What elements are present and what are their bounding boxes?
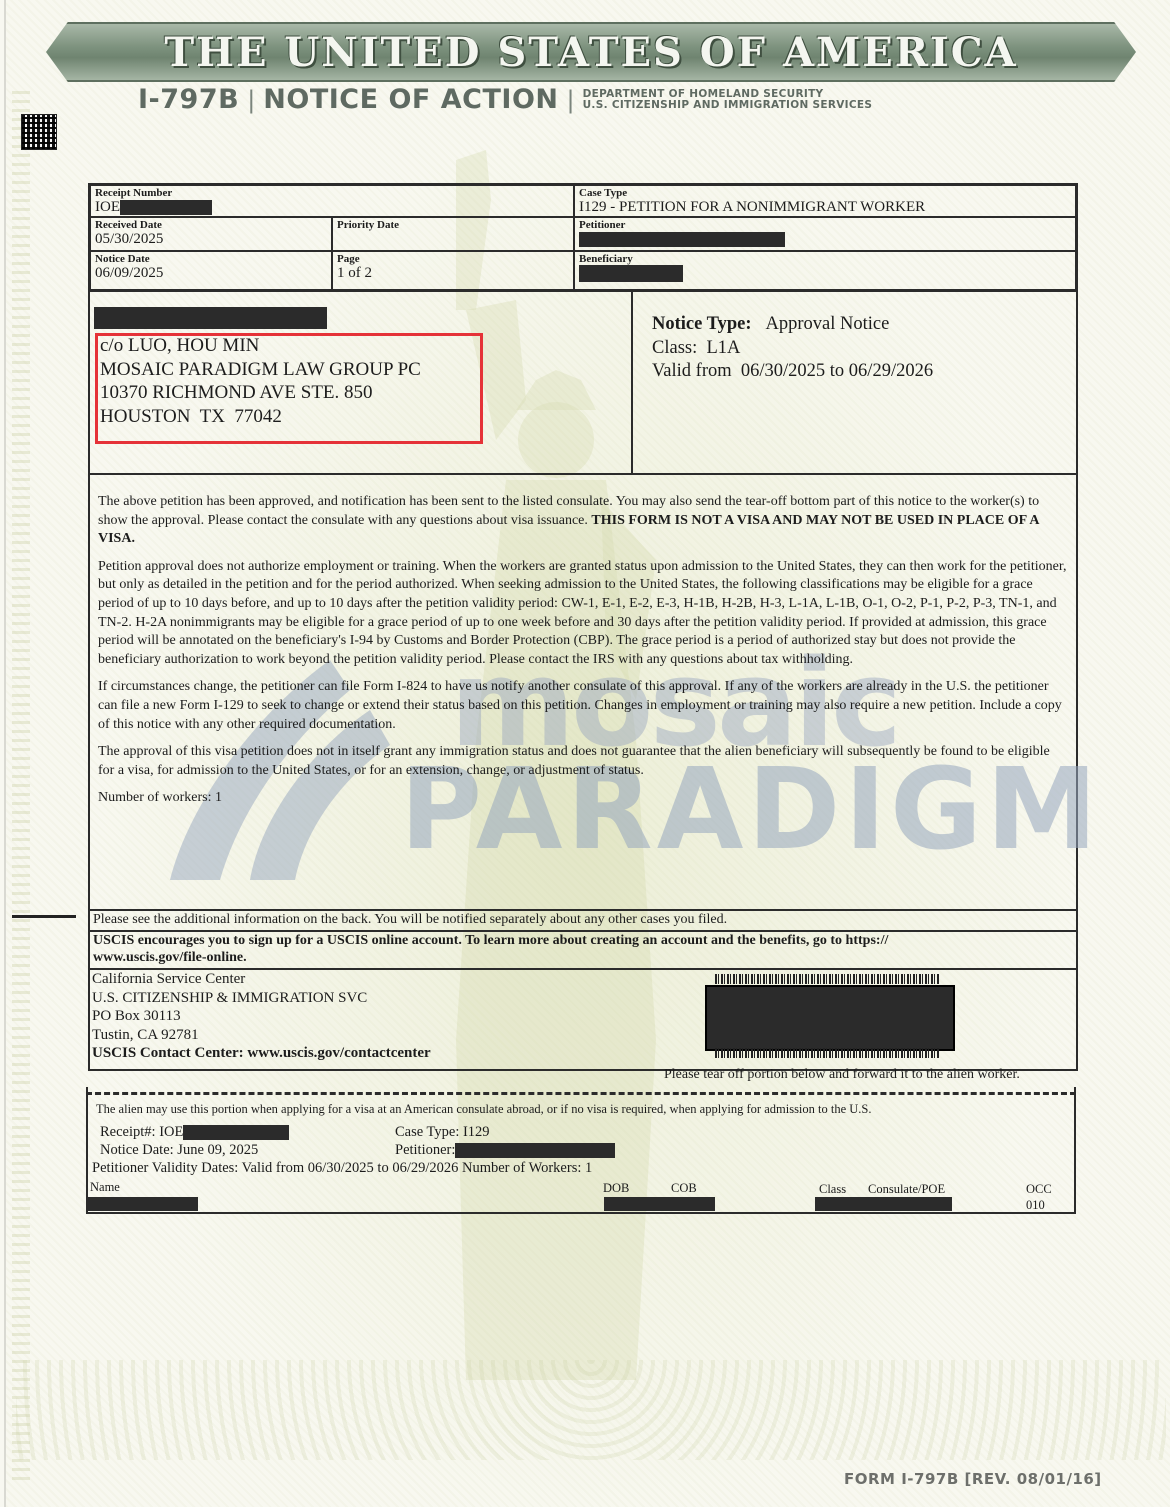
tear-notice-date: Notice Date: June 09, 2025 xyxy=(100,1142,258,1159)
notice-date-cell: Notice Date 06/09/2025 xyxy=(90,251,332,290)
notice-info: Notice Type:Approval Notice Class: L1A V… xyxy=(652,313,933,384)
redaction xyxy=(183,1125,289,1140)
notice-title: NOTICE OF ACTION xyxy=(263,84,558,115)
border-pattern xyxy=(12,90,30,1480)
redaction xyxy=(604,1197,715,1211)
page-cell: Page 1 of 2 xyxy=(332,251,574,290)
approval-paragraph: The above petition has been approved, an… xyxy=(98,493,1068,549)
received-date-cell: Received Date 05/30/2025 xyxy=(90,217,332,251)
redaction xyxy=(94,307,327,329)
barcode-icon xyxy=(715,1048,939,1058)
redaction xyxy=(87,1197,198,1211)
tear-off-note: Please tear off portion below and forwar… xyxy=(664,1067,1020,1083)
case-info-table: Receipt Number IOE Case Type I129 - PETI… xyxy=(88,183,1078,292)
redaction xyxy=(579,232,785,247)
redaction xyxy=(815,1197,952,1211)
bottom-border-pattern xyxy=(16,1360,1166,1460)
redaction xyxy=(579,265,683,282)
banner: THE UNITED STATES OF AMERICA xyxy=(46,22,1136,82)
occ-value: 010 xyxy=(1026,1197,1045,1214)
circumstances-paragraph: If circumstances change, the petitioner … xyxy=(98,678,1068,734)
tear-case-type: Case Type: I129 xyxy=(395,1124,490,1141)
banner-title: THE UNITED STATES OF AMERICA xyxy=(164,29,1017,76)
beneficiary-cell: Beneficiary xyxy=(574,251,1076,290)
status-paragraph: The approval of this visa petition does … xyxy=(98,743,1068,780)
datamatrix-code-icon xyxy=(21,114,57,150)
additional-info: Please see the additional information on… xyxy=(93,911,727,928)
class-line: Class: L1A xyxy=(652,337,933,361)
tear-off-intro: The alien may use this portion when appl… xyxy=(96,1101,872,1118)
contact-center-link[interactable]: USCIS Contact Center: www.uscis.gov/cont… xyxy=(92,1044,431,1063)
priority-date-cell: Priority Date xyxy=(332,217,574,251)
notice-type-label: Notice Type: xyxy=(652,314,752,334)
col-name: Name xyxy=(90,1179,120,1196)
form-id: I-797B xyxy=(138,84,239,115)
case-type-cell: Case Type I129 - PETITION FOR A NONIMMIG… xyxy=(574,185,1076,217)
barcode-icon xyxy=(715,974,939,984)
redaction xyxy=(120,200,212,215)
form-header: I-797B | NOTICE OF ACTION | DEPARTMENT O… xyxy=(138,84,872,115)
fold-mark xyxy=(12,915,76,918)
online-account-notice: USCIS encourages you to sign up for a US… xyxy=(93,932,993,966)
col-cob: COB xyxy=(671,1180,697,1197)
redaction xyxy=(705,985,955,1051)
col-dob: DOB xyxy=(603,1180,629,1197)
notice-type-value: Approval Notice xyxy=(766,314,890,334)
grace-period-paragraph: Petition approval does not authorize emp… xyxy=(98,558,1068,670)
tear-validity: Petitioner Validity Dates: Valid from 06… xyxy=(92,1160,592,1177)
agency-name: DEPARTMENT OF HOMELAND SECURITY U.S. CIT… xyxy=(583,89,873,111)
mailing-address: c/o LUO, HOU MIN MOSAIC PARADIGM LAW GRO… xyxy=(100,334,421,428)
workers-count: Number of workers: 1 xyxy=(98,789,1068,808)
tear-receipt: Receipt#: IOE xyxy=(100,1124,289,1141)
col-occ: OCC xyxy=(1026,1181,1052,1198)
receipt-number-cell: Receipt Number IOE xyxy=(90,185,574,217)
col-class: Class xyxy=(819,1181,846,1198)
petitioner-cell: Petitioner xyxy=(574,217,1076,251)
notice-body: The above petition has been approved, an… xyxy=(98,493,1068,817)
redaction xyxy=(455,1143,615,1158)
tear-petitioner: Petitioner: xyxy=(395,1142,615,1159)
col-consulate: Consulate/POE xyxy=(868,1181,945,1198)
form-revision: FORM I-797B [REV. 08/01/16] xyxy=(844,1470,1102,1488)
validity-line: Valid from 06/30/2025 to 06/29/2026 xyxy=(652,360,933,384)
service-center-address: California Service Center U.S. CITIZENSH… xyxy=(92,970,431,1063)
